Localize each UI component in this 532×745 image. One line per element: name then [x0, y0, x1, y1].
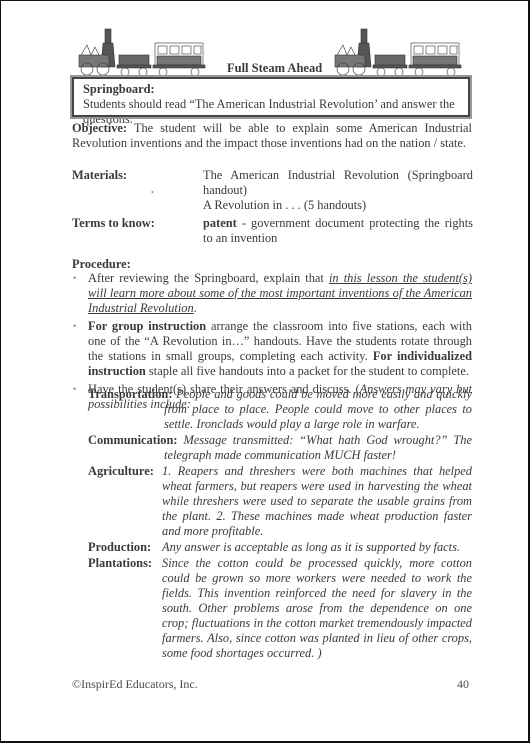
answer-text: People and goods could be moved more eas…	[164, 387, 472, 431]
page-number: 40	[457, 677, 469, 692]
terms-label: Terms to know:	[72, 216, 155, 231]
objective-text: The student will be able to explain some…	[72, 121, 472, 150]
bullet-icon: •	[73, 382, 76, 397]
procedure-step: • For group instruction arrange the clas…	[72, 319, 472, 379]
answer-text: Since the cotton could be processed quic…	[162, 556, 472, 661]
answer-item-production: Production: Any answer is acceptable as …	[88, 540, 472, 555]
answer-list: Transportation: People and goods could b…	[88, 387, 472, 662]
answer-text: 1. Reapers and threshers were both machi…	[162, 464, 472, 539]
procedure-step: • After reviewing the Springboard, expla…	[72, 271, 472, 316]
step-bold-text: For group instruction	[88, 319, 206, 333]
term-word: patent	[203, 216, 237, 230]
steam-train-icon	[75, 27, 213, 79]
terms-section: Terms to know: patent - government docum…	[72, 216, 472, 248]
objective-label: Objective:	[72, 121, 127, 135]
springboard-box: Springboard: Students should read “The A…	[72, 77, 470, 117]
materials-list: The American Industrial Revolution (Spri…	[203, 168, 473, 213]
step-text: staple all five handouts into a packet f…	[146, 364, 469, 378]
step-text: .	[194, 301, 197, 315]
answer-item-transportation: Transportation: People and goods could b…	[88, 387, 472, 432]
footer-copyright: ©InspirEd Educators, Inc.	[72, 677, 198, 692]
bullet-icon: •	[73, 271, 76, 286]
bullet-icon: •	[73, 319, 76, 334]
answer-label: Communication:	[88, 433, 178, 447]
answer-label: Agriculture:	[88, 464, 154, 479]
terms-definition-block: patent - government document protecting …	[203, 216, 473, 246]
answer-text: Any answer is acceptable as long as it i…	[162, 540, 472, 555]
answer-label: Production:	[88, 540, 151, 555]
term-definition: - government document protecting the rig…	[203, 216, 473, 245]
bullet-mark: •	[151, 185, 154, 200]
materials-section: Materials: • The American Industrial Rev…	[72, 168, 472, 213]
answer-label: Transportation:	[88, 387, 172, 401]
objective-section: Objective: The student will be able to e…	[72, 121, 472, 151]
answer-item-communication: Communication: Message transmitted: “Wha…	[88, 433, 472, 463]
step-text: After reviewing the Springboard, explain…	[88, 271, 329, 285]
materials-label: Materials:	[72, 168, 127, 183]
procedure-title: Procedure:	[72, 257, 131, 272]
materials-item: The American Industrial Revolution (Spri…	[203, 168, 473, 198]
answer-text: Message transmitted: “What hath God wrou…	[164, 433, 472, 462]
document-page: Full Steam Ahead Springboard: Students s…	[0, 0, 530, 743]
steam-train-icon	[331, 27, 469, 79]
answer-item-plantations: Plantations: Since the cotton could be p…	[88, 556, 472, 661]
springboard-label: Springboard:	[83, 82, 468, 97]
materials-item: A Revolution in . . . (5 handouts)	[203, 198, 473, 213]
page-title: Full Steam Ahead	[227, 61, 322, 76]
answer-label: Plantations:	[88, 556, 152, 571]
answer-item-agriculture: Agriculture: 1. Reapers and threshers we…	[88, 464, 472, 539]
